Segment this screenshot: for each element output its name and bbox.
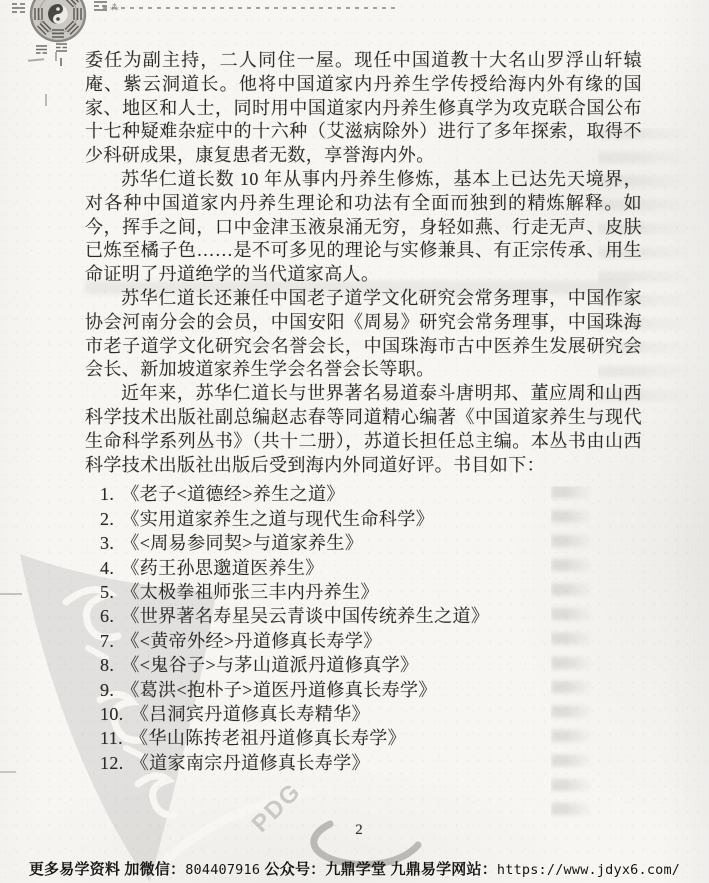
body-text: 委任为副主持，二人同住一屋。现任中国道教十大名山罗浮山轩辕庵、紫云洞道长。他将中… xyxy=(85,49,642,775)
scanned-book-page: ⁂ PDG 委任为副主持，二人同住一屋。现任中国道教十大名山罗浮山轩辕庵、紫云洞… xyxy=(0,0,709,883)
footer-wechat-number: 804407916 xyxy=(185,862,260,878)
book-list-item: 8.《<鬼谷子>与茅山道派丹道修真学》 xyxy=(100,653,642,677)
book-title: 《老子<道德经>养生之道》 xyxy=(121,484,345,504)
book-number: 10. xyxy=(100,704,124,724)
book-list-item: 12.《道家南宗丹道修真长寿学》 xyxy=(100,751,642,775)
book-number: 8. xyxy=(100,655,114,675)
book-title: 《华山陈抟老祖丹道修真长寿学》 xyxy=(130,728,406,748)
book-list-item: 11.《华山陈抟老祖丹道修真长寿学》 xyxy=(100,726,642,750)
scan-artifact-tick xyxy=(45,94,47,106)
book-title: 《吕洞宾丹道修真长寿精华》 xyxy=(131,704,370,724)
book-number: 3. xyxy=(100,533,114,553)
book-title: 《道家南宗丹道修真长寿学》 xyxy=(131,753,370,773)
book-list-item: 10.《吕洞宾丹道修真长寿精华》 xyxy=(100,702,642,726)
book-number: 7. xyxy=(100,631,114,651)
book-number: 4. xyxy=(100,558,114,578)
paragraph: 苏华仁道长数 10 年从事内丹养生修炼，基本上已达先天境界，对各种中国道家内丹养… xyxy=(85,168,642,287)
book-number: 6. xyxy=(100,606,114,626)
book-title: 《<黄帝外经>丹道修真长寿学》 xyxy=(121,631,381,651)
book-list-item: 4.《药王孙思邈道医养生》 xyxy=(100,556,642,580)
book-list-item: 5.《太极拳祖师张三丰内丹养生》 xyxy=(100,580,642,604)
paragraph: 近年来，苏华仁道长与世界著名易道泰斗唐明邦、董应周和山西科学技术出版社副总编赵志… xyxy=(85,382,642,477)
book-list: 1.《老子<道德经>养生之道》 2.《实用道家养生之道与现代生命科学》 3.《<… xyxy=(85,482,642,775)
book-title: 《葛洪<抱朴子>道医丹道修真长寿学》 xyxy=(121,680,437,700)
book-title: 《太极拳祖师张三丰内丹养生》 xyxy=(121,582,379,602)
footer-label-1: 更多易学资料 加微信： xyxy=(29,861,185,878)
book-list-item: 6.《世界著名寿星吴云青谈中国传统养生之道》 xyxy=(100,604,642,628)
book-number: 5. xyxy=(100,582,114,602)
book-title: 《药王孙思邈道医养生》 xyxy=(121,558,323,578)
book-title: 《世界著名寿星吴云青谈中国传统养生之道》 xyxy=(121,606,489,626)
page-number: 2 xyxy=(349,822,369,839)
book-number: 1. xyxy=(100,484,114,504)
scan-artifact-dash xyxy=(0,593,22,595)
book-number: 2. xyxy=(100,509,114,529)
paragraph: 委任为副主持，二人同住一屋。现任中国道教十大名山罗浮山轩辕庵、紫云洞道长。他将中… xyxy=(85,49,642,168)
book-number: 12. xyxy=(100,753,124,773)
footer-note: 更多易学资料 加微信：804407916 公众号：九鼎学堂 九鼎易学网站：htt… xyxy=(0,858,709,879)
book-number: 11. xyxy=(100,728,123,748)
book-title: 《<周易参同契>与道家养生》 xyxy=(121,533,363,553)
paragraph: 苏华仁道长还兼任中国老子道学文化研究会常务理事，中国作家协会河南分会的会员，中国… xyxy=(85,287,642,382)
book-list-item: 9.《葛洪<抱朴子>道医丹道修真长寿学》 xyxy=(100,678,642,702)
pdg-watermark-text: PDG xyxy=(247,778,308,839)
footer-url: https://www.jdyx6.com/ xyxy=(497,862,680,878)
book-title: 《实用道家养生之道与现代生命科学》 xyxy=(121,509,434,529)
book-list-item: 1.《老子<道德经>养生之道》 xyxy=(100,482,642,506)
book-list-item: 2.《实用道家养生之道与现代生命科学》 xyxy=(100,507,642,531)
scan-artifact-dash xyxy=(0,771,16,773)
book-list-item: 3.《<周易参同契>与道家养生》 xyxy=(100,531,642,555)
book-list-item: 7.《<黄帝外经>丹道修真长寿学》 xyxy=(100,629,642,653)
book-number: 9. xyxy=(100,680,114,700)
book-title: 《<鬼谷子>与茅山道派丹道修真学》 xyxy=(121,655,418,675)
top-dashed-rule xyxy=(103,7,395,9)
footer-label-2: 公众号：九鼎学堂 九鼎易学网站： xyxy=(260,861,497,878)
